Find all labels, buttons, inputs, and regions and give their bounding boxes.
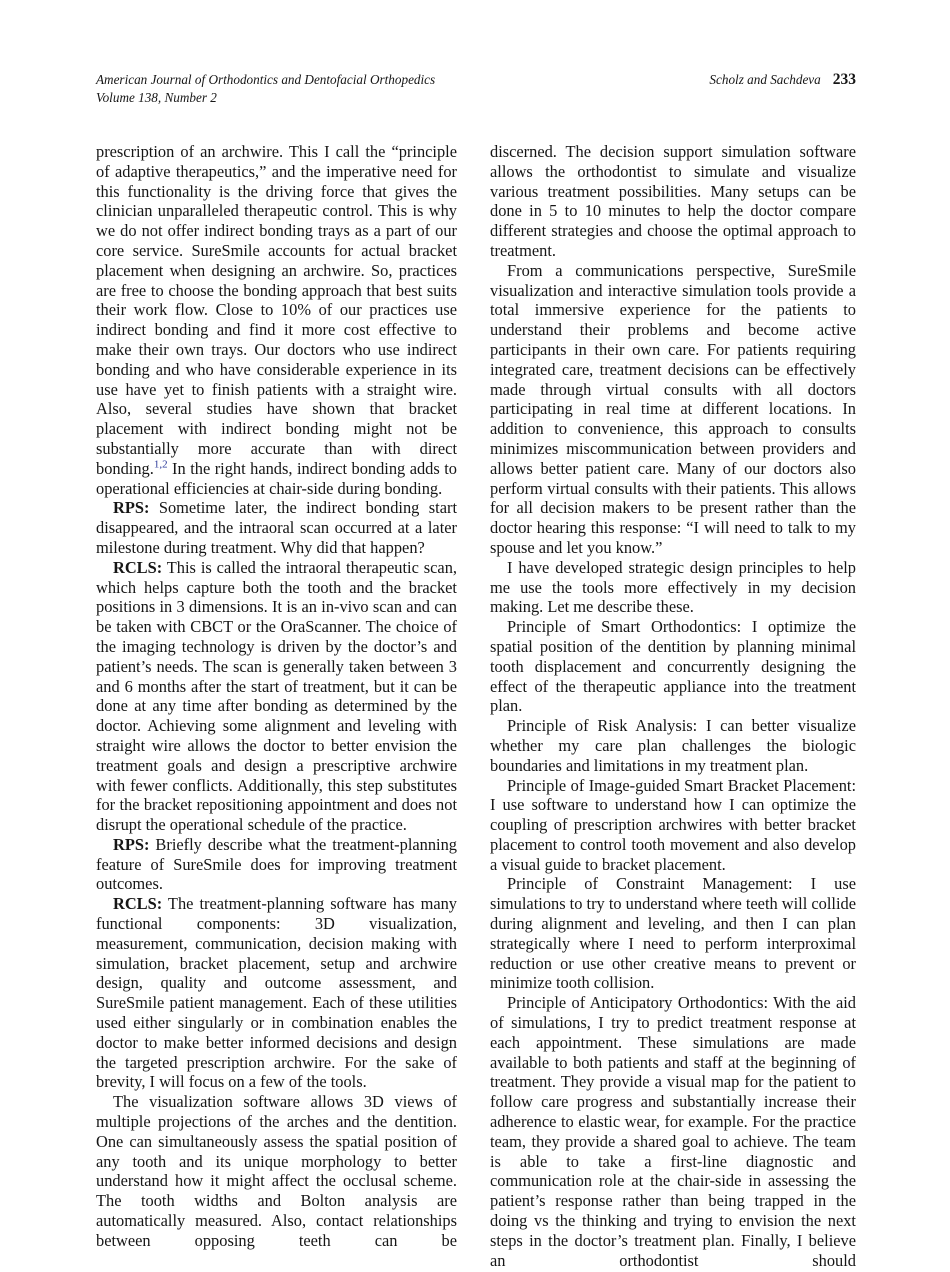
journal-page: American Journal of Orthodontics and Den… — [0, 0, 950, 1272]
text-run: Briefly describe what the treatment-plan… — [96, 835, 457, 894]
volume-line: Volume 138, Number 2 — [96, 89, 435, 107]
text-run: I have developed strategic design princi… — [490, 558, 856, 617]
speaker-label: RPS: — [113, 498, 149, 517]
text-run: discerned. The decision support simulati… — [490, 142, 856, 260]
paragraph: The visualization software allows 3D vie… — [96, 1092, 457, 1250]
text-run: Principle of Constraint Management: I us… — [490, 874, 856, 992]
text-column-left: prescription of an archwire. This I call… — [96, 142, 457, 1270]
journal-title: American Journal of Orthodontics and Den… — [96, 71, 435, 89]
paragraph: Principle of Image-guided Smart Bracket … — [490, 776, 856, 875]
text-run: Principle of Smart Orthodontics: I optim… — [490, 617, 856, 715]
running-head-left: American Journal of Orthodontics and Den… — [96, 71, 435, 106]
text-run: From a communications perspective, SureS… — [490, 261, 856, 557]
running-head-right: Scholz and Sachdeva 233 — [709, 71, 856, 89]
text-run: The visualization software allows 3D vie… — [96, 1092, 457, 1250]
text-run: prescription of an archwire. This I call… — [96, 142, 457, 478]
reference-link[interactable]: 1,2 — [154, 458, 168, 470]
speaker-label: RPS: — [113, 835, 149, 854]
paragraph: RPS: Briefly describe what the treatment… — [96, 835, 457, 894]
paragraph: Principle of Risk Analysis: I can better… — [490, 716, 856, 775]
text-run: The treatment-planning software has many… — [96, 894, 457, 1091]
text-run: This is called the intraoral therapeutic… — [96, 558, 457, 834]
paragraph: Principle of Constraint Management: I us… — [490, 874, 856, 993]
speaker-label: RCLS: — [113, 894, 162, 913]
paragraph: Principle of Anticipatory Orthodontics: … — [490, 993, 856, 1270]
paragraph: I have developed strategic design princi… — [490, 558, 856, 617]
text-run: Sometime later, the indirect bonding sta… — [96, 498, 457, 557]
page-number: 233 — [833, 71, 856, 89]
paragraph: RCLS: The treatment-planning software ha… — [96, 894, 457, 1092]
speaker-label: RCLS: — [113, 558, 162, 577]
paragraph: Principle of Smart Orthodontics: I optim… — [490, 617, 856, 716]
running-authors: Scholz and Sachdeva — [709, 72, 820, 88]
paragraph: From a communications perspective, SureS… — [490, 261, 856, 558]
text-column-right: discerned. The decision support simulati… — [490, 142, 856, 1270]
body-columns: prescription of an archwire. This I call… — [96, 142, 856, 1270]
text-run: Principle of Anticipatory Orthodontics: … — [490, 993, 856, 1269]
paragraph: discerned. The decision support simulati… — [490, 142, 856, 261]
text-run: Principle of Image-guided Smart Bracket … — [490, 776, 856, 874]
paragraph: RCLS: This is called the intraoral thera… — [96, 558, 457, 835]
paragraph: RPS: Sometime later, the indirect bondin… — [96, 498, 457, 557]
paragraph: prescription of an archwire. This I call… — [96, 142, 457, 498]
text-run: Principle of Risk Analysis: I can better… — [490, 716, 856, 775]
